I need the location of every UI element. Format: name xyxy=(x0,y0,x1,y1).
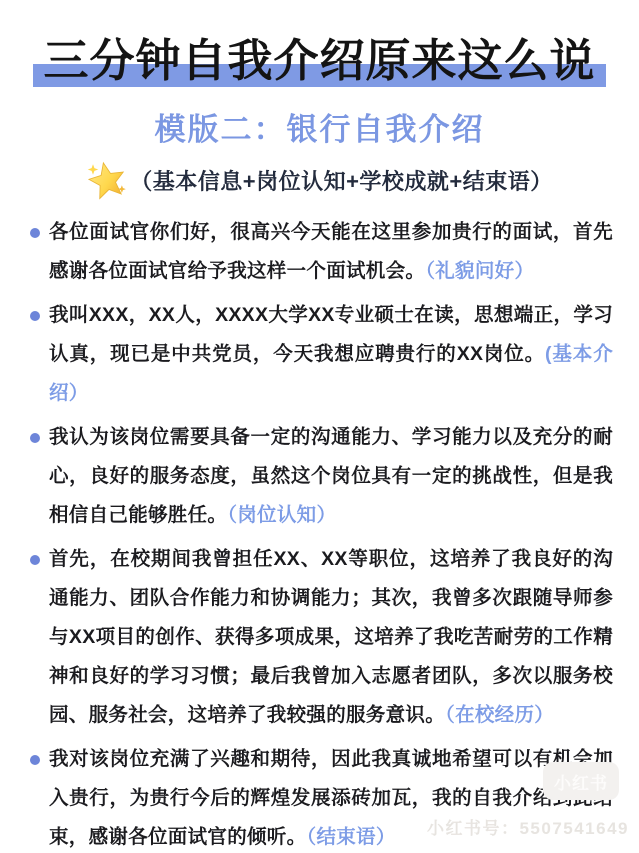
formula-row: （基本信息+岗位认知+学校成就+结束语） xyxy=(0,159,639,201)
list-item: 我叫XXX，XX人，XXXX大学XX专业硕士在读，思想端正，学习认真，现已是中共… xyxy=(30,296,613,413)
page-title: 三分钟自我介绍原来这么说 xyxy=(43,34,595,88)
bullet-dot-icon xyxy=(30,311,40,321)
poster-page: 三分钟自我介绍原来这么说 模版二：银行自我介绍 （基本信息+岗位认知+学校成就+… xyxy=(0,0,639,853)
bullet-list: 各位面试官你们好，很高兴今天能在这里参加贵行的面试，首先感谢各位面试官给予我这样… xyxy=(0,213,639,853)
list-item: 首先，在校期间我曾担任XX、XX等职位，这培养了我良好的沟通能力、团队合作能力和… xyxy=(30,540,613,735)
formula-text: （基本信息+岗位认知+学校成就+结束语） xyxy=(130,165,553,196)
list-item: 我认为该岗位需要具备一定的沟通能力、学习能力以及充分的耐心，良好的服务态度，虽然… xyxy=(30,418,613,535)
page-title-text: 三分钟自我介绍原来这么说 xyxy=(43,35,595,86)
template-subtitle: 模版二：银行自我介绍 xyxy=(0,104,639,149)
bullet-dot-icon xyxy=(30,755,40,765)
bullet-tag: （在校经历） xyxy=(445,704,554,726)
watermark-account: 小红书号：5507541649 xyxy=(427,814,629,839)
bullet-body: 首先，在校期间我曾担任XX、XX等职位，这培养了我良好的沟通能力、团队合作能力和… xyxy=(49,548,613,726)
bullet-tag: （岗位认知） xyxy=(227,504,336,526)
bullet-body: 我叫XXX，XX人，XXXX大学XX专业硕士在读，思想端正，学习认真，现已是中共… xyxy=(49,304,613,365)
sparkle-star-icon xyxy=(86,159,128,201)
bullet-tag: （礼貌问好） xyxy=(425,260,534,282)
bullet-paragraph: 各位面试官你们好，很高兴今天能在这里参加贵行的面试，首先感谢各位面试官给予我这样… xyxy=(49,213,613,291)
bullet-paragraph: 我认为该岗位需要具备一定的沟通能力、学习能力以及充分的耐心，良好的服务态度，虽然… xyxy=(49,418,613,535)
bullet-tag: （结束语） xyxy=(306,826,395,848)
bullet-paragraph: 首先，在校期间我曾担任XX、XX等职位，这培养了我良好的沟通能力、团队合作能力和… xyxy=(49,540,613,735)
bullet-dot-icon xyxy=(30,228,40,238)
bullet-paragraph: 我叫XXX，XX人，XXXX大学XX专业硕士在读，思想端正，学习认真，现已是中共… xyxy=(49,296,613,413)
xiaohongshu-logo: 小红书 xyxy=(543,762,619,800)
title-block: 三分钟自我介绍原来这么说 xyxy=(0,34,639,88)
list-item: 各位面试官你们好，很高兴今天能在这里参加贵行的面试，首先感谢各位面试官给予我这样… xyxy=(30,213,613,291)
bullet-dot-icon xyxy=(30,555,40,565)
bullet-dot-icon xyxy=(30,433,40,443)
